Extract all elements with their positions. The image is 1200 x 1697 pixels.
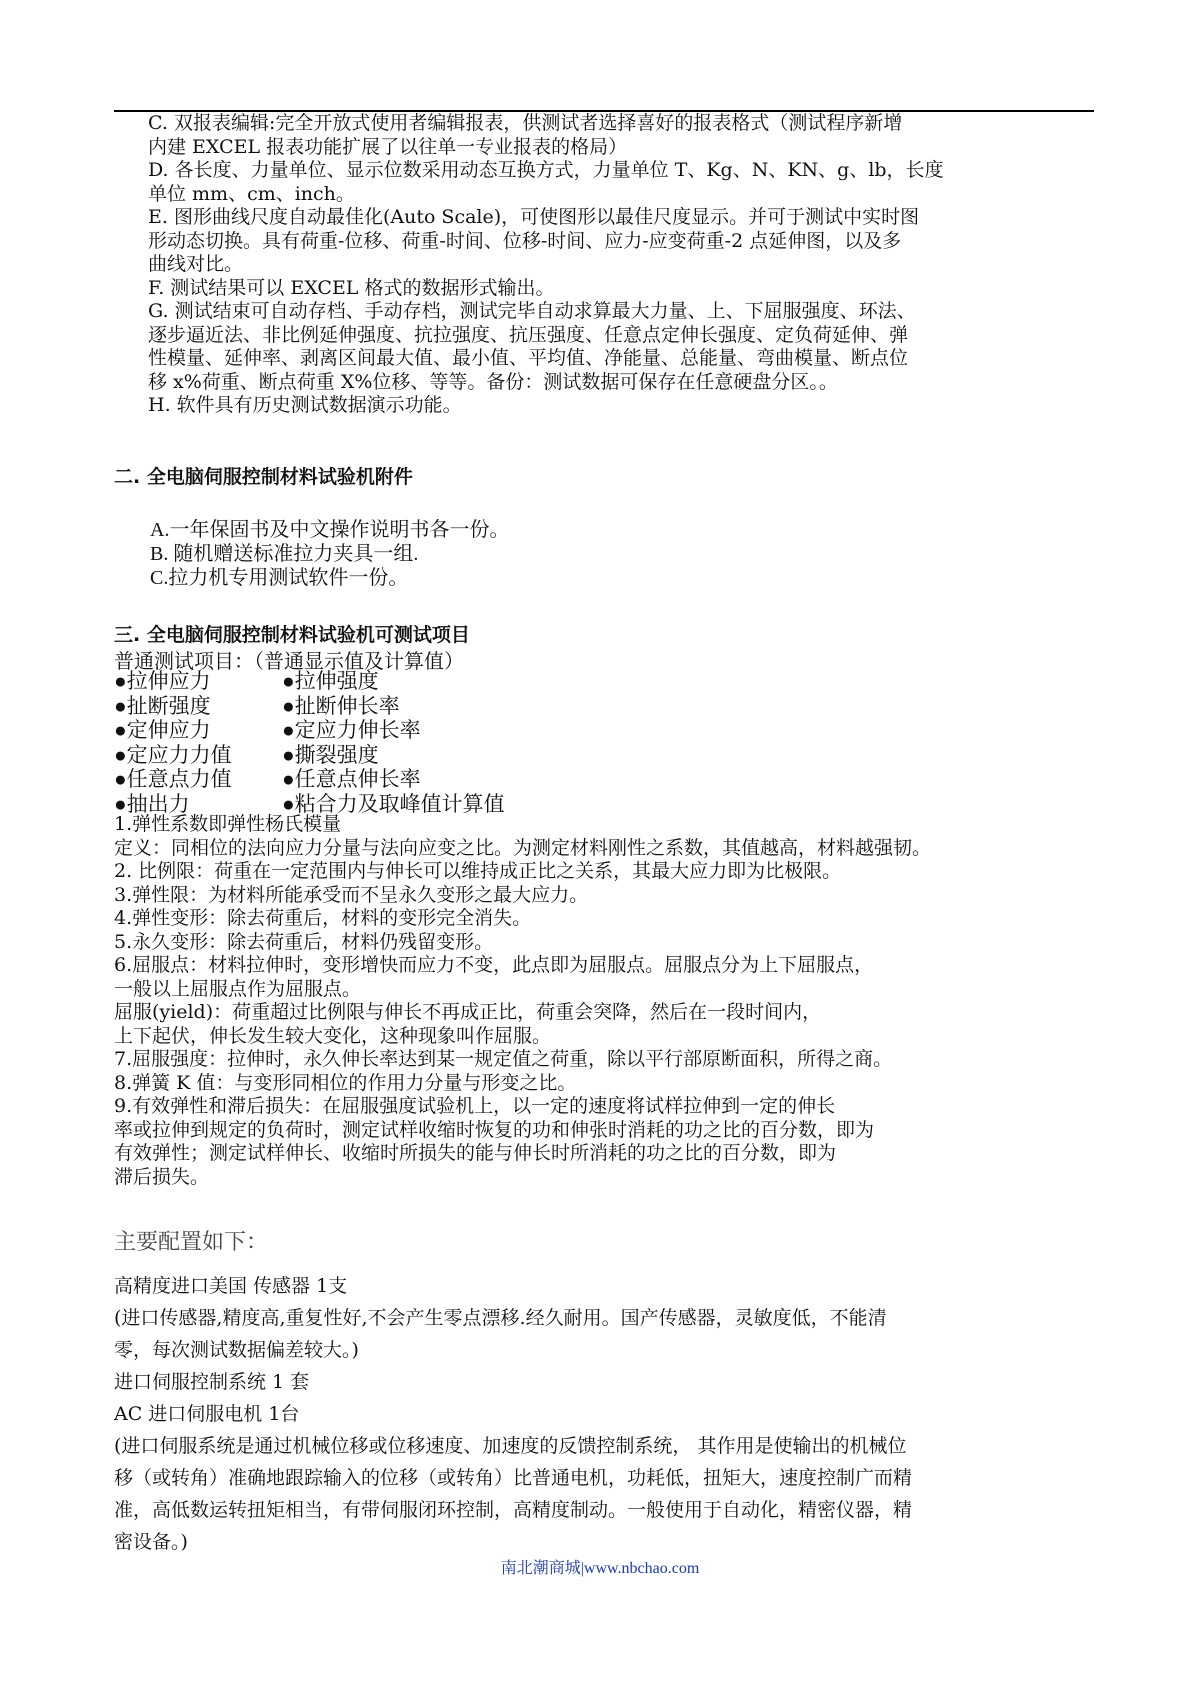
definition-line: 7.屈服强度：拉伸时，永久伸长率达到某一规定值之荷重，除以平行部原断面积，所得之… <box>114 1048 1114 1072</box>
definition-line: 屈服(yield)：荷重超过比例限与伸长不再成正比，荷重会突降，然后在一段时间内… <box>114 1001 1114 1025</box>
test-item: ●撕裂强度 <box>282 743 505 768</box>
definition-line: 8.弹簧 K 值：与变形同相位的作用力分量与形变之比。 <box>114 1072 1114 1096</box>
test-item: ●任意点力值 <box>114 767 282 792</box>
config-line: 零，每次测试数据偏差较大。) <box>114 1334 1114 1366</box>
definition-line: 上下起伏，伸长发生较大变化，这种现象叫作屈服。 <box>114 1025 1114 1049</box>
feature-line: H. 软件具有历史测试数据演示功能。 <box>148 394 1108 418</box>
definitions: 1.弹性系数即弹性杨氏模量 定义：同相位的法向应力分量与法向应变之比。为测定材料… <box>114 813 1114 1189</box>
feature-line: 曲线对比。 <box>148 253 1108 277</box>
accessories-list: A.一年保固书及中文操作说明书各一份。 B. 随机赠送标准拉力夹具一组. C.拉… <box>150 518 509 590</box>
definition-line: 5.永久变形：除去荷重后，材料仍残留变形。 <box>114 931 1114 955</box>
test-item: ●定伸应力 <box>114 718 282 743</box>
definition-line: 3.弹性限：为材料所能承受而不呈永久变形之最大应力。 <box>114 884 1114 908</box>
feature-line: 单位 mm、cm、inch。 <box>148 183 1108 207</box>
test-item: ●扯断伸长率 <box>282 694 505 719</box>
test-item: ●拉伸强度 <box>282 669 505 694</box>
test-item: ●拉伸应力 <box>114 669 282 694</box>
definition-line: 定义：同相位的法向应力分量与法向应变之比。为测定材料刚性之系数，其值越高，材料越… <box>114 837 1114 861</box>
section3-heading: 三. 全电脑伺服控制材料试验机可测试项目 <box>114 620 470 647</box>
definition-line: 9.有效弹性和滞后损失：在屈服强度试验机上，以一定的速度将试样拉伸到一定的伸长 <box>114 1095 1114 1119</box>
config-list: 高精度进口美国 传感器 1支 (进口传感器,精度高,重复性好,不会产生零点漂移.… <box>114 1270 1114 1558</box>
definition-line: 4.弹性变形：除去荷重后，材料的变形完全消失。 <box>114 907 1114 931</box>
definition-line: 有效弹性；测定试样伸长、收缩时所损失的能与伸长时所消耗的功之比的百分数，即为 <box>114 1142 1114 1166</box>
feature-line: C. 双报表编辑:完全开放式使用者编辑报表，供测试者选择喜好的报表格式（测试程序… <box>148 112 1108 136</box>
accessory-item: C.拉力机专用测试软件一份。 <box>150 566 509 590</box>
accessory-item: A.一年保固书及中文操作说明书各一份。 <box>150 518 509 542</box>
accessory-item: B. 随机赠送标准拉力夹具一组. <box>150 542 509 566</box>
config-line: 进口伺服控制系统 1 套 <box>114 1366 1114 1398</box>
config-title: 主要配置如下： <box>114 1225 268 1256</box>
config-line: 准，高低数运转扭矩相当，有带伺服闭环控制，高精度制动。一般使用于自动化，精密仪器… <box>114 1494 1114 1526</box>
config-line: 高精度进口美国 传感器 1支 <box>114 1270 1114 1302</box>
feature-line: G. 测试结束可自动存档、手动存档，测试完毕自动求算最大力量、上、下屈服强度、环… <box>148 300 1108 324</box>
test-item: ●定应力伸长率 <box>282 718 505 743</box>
feature-line: F. 测试结果可以 EXCEL 格式的数据形式输出。 <box>148 277 1108 301</box>
test-items-grid: ●拉伸应力 ●拉伸强度 ●扯断强度 ●扯断伸长率 ●定伸应力 ●定应力伸长率 ●… <box>114 669 505 816</box>
feature-line: E. 图形曲线尺度自动最佳化(Auto Scale)，可使图形以最佳尺度显示。并… <box>148 206 1108 230</box>
test-item: ●扯断强度 <box>114 694 282 719</box>
feature-line: D. 各长度、力量单位、显示位数采用动态互换方式，力量单位 T、Kg、N、KN、… <box>148 159 1108 183</box>
section2-heading: 二. 全电脑伺服控制材料试验机附件 <box>114 462 413 489</box>
definition-line: 滞后损失。 <box>114 1166 1114 1190</box>
feature-line: 性模量、延伸率、剥离区间最大值、最小值、平均值、净能量、总能量、弯曲模量、断点位 <box>148 347 1108 371</box>
definition-line: 率或拉伸到规定的负荷时，测定试样收缩时恢复的功和伸张时消耗的功之比的百分数，即为 <box>114 1119 1114 1143</box>
feature-line: 移 x%荷重、断点荷重 X%位移、等等。备份：测试数据可保存在任意硬盘分区。。 <box>148 371 1108 395</box>
feature-line: 内建 EXCEL 报表功能扩展了以往单一专业报表的格局） <box>148 136 1108 160</box>
config-line: (进口传感器,精度高,重复性好,不会产生零点漂移.经久耐用。国产传感器，灵敏度低… <box>114 1302 1114 1334</box>
config-line: (进口伺服系统是通过机械位移或位移速度、加速度的反馈控制系统， 其作用是使输出的… <box>114 1430 1114 1462</box>
definition-line: 2. 比例限：荷重在一定范围内与伸长可以维持成正比之关系，其最大应力即为比极限。 <box>114 860 1114 884</box>
test-item: ●定应力力值 <box>114 743 282 768</box>
document-page: C. 双报表编辑:完全开放式使用者编辑报表，供测试者选择喜好的报表格式（测试程序… <box>0 0 1200 1697</box>
config-line: AC 进口伺服电机 1台 <box>114 1398 1114 1430</box>
definition-line: 一般以上屈服点作为屈服点。 <box>114 978 1114 1002</box>
test-item: ●任意点伸长率 <box>282 767 505 792</box>
feature-line: 形动态切换。具有荷重-位移、荷重-时间、位移-时间、应力-应变荷重-2 点延伸图… <box>148 230 1108 254</box>
feature-list: C. 双报表编辑:完全开放式使用者编辑报表，供测试者选择喜好的报表格式（测试程序… <box>148 112 1108 418</box>
feature-line: 逐步逼近法、非比例延伸强度、抗拉强度、抗压强度、任意点定伸长强度、定负荷延伸、弹 <box>148 324 1108 348</box>
definition-line: 6.屈服点：材料拉伸时，变形增快而应力不变，此点即为屈服点。屈服点分为上下屈服点… <box>114 954 1114 978</box>
footer-link[interactable]: 南北潮商城|www.nbchao.com <box>0 1555 1200 1578</box>
config-line: 密设备。) <box>114 1526 1114 1558</box>
config-line: 移（或转角）准确地跟踪输入的位移（或转角）比普通电机，功耗低，扭矩大，速度控制广… <box>114 1462 1114 1494</box>
definition-line: 1.弹性系数即弹性杨氏模量 <box>114 813 1114 837</box>
